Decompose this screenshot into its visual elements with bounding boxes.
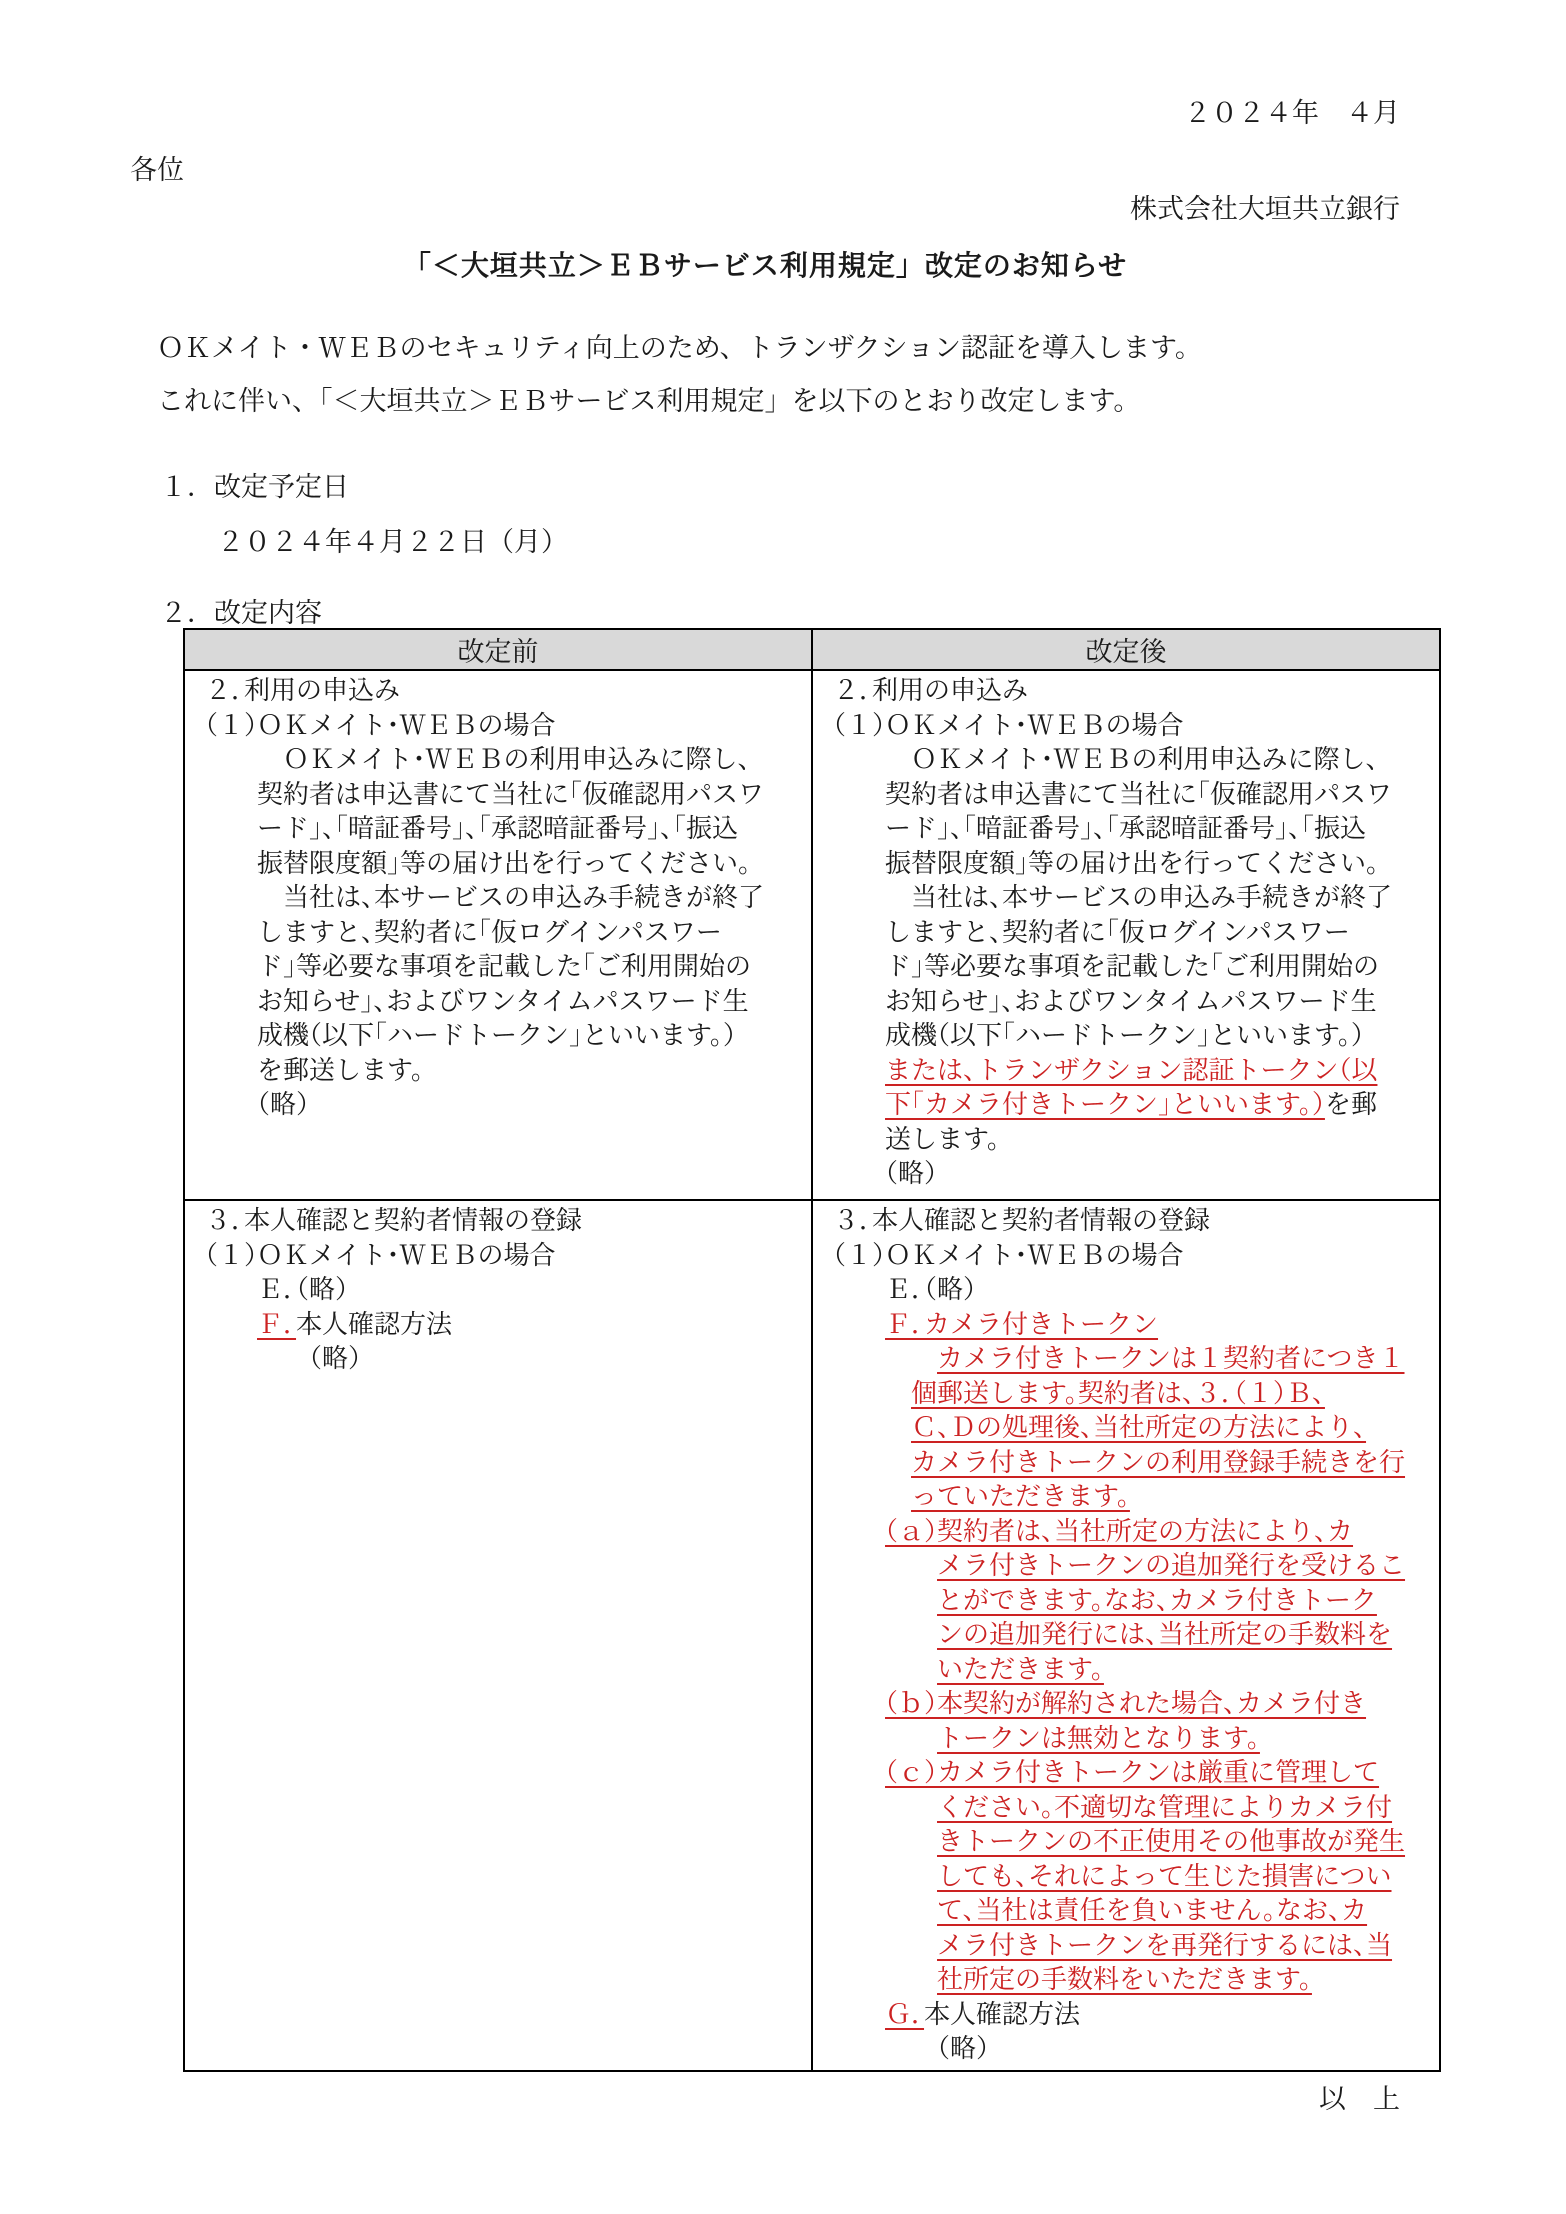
body-text	[833, 1056, 885, 1085]
text-line: トークンは無効となります。	[833, 1722, 1425, 1757]
body-text	[833, 1793, 937, 1822]
text-line: 当社は、本サービスの申込み手続きが終了	[205, 881, 797, 916]
inserted-text: きトークンの不正使用その他事故が発生	[937, 1827, 1405, 1856]
body-text	[833, 1448, 911, 1477]
text-line: ２．利用の申込み	[205, 674, 797, 709]
body-text	[205, 1310, 257, 1339]
text-line: （略）	[205, 1088, 797, 1123]
table-row: ２．利用の申込み（１）ＯＫメイト・ＷＥＢの場合 ＯＫメイト・ＷＥＢの利用申込みに…	[184, 670, 1440, 1200]
text-line: Ｆ．カメラ付きトークン	[833, 1308, 1425, 1343]
body-text: ＯＫメイト・ＷＥＢの利用申込みに際し、	[205, 745, 750, 774]
body-text	[833, 1965, 937, 1994]
inserted-text: メラ付きトークンの追加発行を受けるこ	[937, 1551, 1405, 1580]
body-text: 当社は、本サービスの申込み手続きが終了	[833, 883, 1392, 912]
text-line: Ｅ．（略）	[205, 1273, 797, 1308]
text-line: （略）	[833, 2032, 1425, 2067]
body-text: （１）ＯＫメイト・ＷＥＢの場合	[833, 1241, 1183, 1270]
body-text	[833, 1896, 937, 1925]
body-text: 振替限度額」等の届け出を行ってください。	[833, 849, 1379, 878]
body-text: ド」等必要な事項を記載した「ご利用開始の	[833, 952, 1379, 981]
company-name: 株式会社大垣共立銀行	[130, 196, 1400, 223]
text-line: っていただきます。	[833, 1480, 1425, 1515]
text-line: ード」、「暗証番号」、「承認暗証番号」、「振込	[833, 812, 1425, 847]
text-line: カメラ付きトークンの利用登録手続きを行	[833, 1446, 1425, 1481]
text-line: メラ付きトークンの追加発行を受けるこ	[833, 1549, 1425, 1584]
text-line: 下「カメラ付きトークン」といいます。）を郵	[833, 1088, 1425, 1123]
inserted-text: っていただきます。	[911, 1482, 1130, 1511]
text-line: しますと、契約者に「仮ログインパスワー	[205, 916, 797, 951]
text-line: いただきます。	[833, 1653, 1425, 1688]
text-line: ド」等必要な事項を記載した「ご利用開始の	[833, 950, 1425, 985]
intro-line-2: これに伴い、「＜大垣共立＞ＥＢサービス利用規定」を以下のとおり改定します。	[157, 388, 1400, 415]
section2-heading: ２．改定内容	[160, 600, 1400, 627]
body-text: ード」、「暗証番号」、「承認暗証番号」、「振込	[205, 814, 738, 843]
text-line: 振替限度額」等の届け出を行ってください。	[205, 847, 797, 882]
body-text: ード」、「暗証番号」、「承認暗証番号」、「振込	[833, 814, 1366, 843]
text-line: ３．本人確認と契約者情報の登録	[833, 1204, 1425, 1239]
inserted-text: メラ付きトークンを再発行するには、当	[937, 1931, 1392, 1960]
text-line: 送します。	[833, 1123, 1425, 1158]
body-text: 本人確認方法	[924, 2000, 1080, 2029]
text-line: または、トランザクション認証トークン（以	[833, 1054, 1425, 1089]
revision-comparison-table: 改定前 改定後 ２．利用の申込み（１）ＯＫメイト・ＷＥＢの場合 ＯＫメイト・ＷＥ…	[183, 628, 1441, 2072]
body-text: 本人確認方法	[296, 1310, 452, 1339]
salutation: 各位	[130, 157, 1400, 184]
inserted-text: Ｃ、Ｄの処理後、当社所定の方法により、	[911, 1413, 1366, 1442]
text-line: Ｃ、Ｄの処理後、当社所定の方法により、	[833, 1411, 1425, 1446]
inserted-text: （ａ）契約者は、当社所定の方法により、カ	[885, 1517, 1353, 1546]
text-line: （１）ＯＫメイト・ＷＥＢの場合	[833, 1239, 1425, 1274]
text-line: きトークンの不正使用その他事故が発生	[833, 1825, 1425, 1860]
table-row: ３．本人確認と契約者情報の登録（１）ＯＫメイト・ＷＥＢの場合 Ｅ．（略） Ｆ．本…	[184, 1200, 1440, 2071]
body-text: 契約者は申込書にて当社に「仮確認用パスワ	[205, 780, 764, 809]
body-text: （１）ＯＫメイト・ＷＥＢの場合	[833, 711, 1183, 740]
text-line: 振替限度額」等の届け出を行ってください。	[833, 847, 1425, 882]
body-text: （略）	[205, 1344, 361, 1373]
body-text	[833, 1090, 885, 1119]
text-line: ンの追加発行には、当社所定の手数料を	[833, 1618, 1425, 1653]
body-text: ＯＫメイト・ＷＥＢの利用申込みに際し、	[833, 745, 1378, 774]
cell-after-row1: ２．利用の申込み（１）ＯＫメイト・ＷＥＢの場合 ＯＫメイト・ＷＥＢの利用申込みに…	[812, 670, 1440, 1200]
body-text	[833, 1517, 885, 1546]
body-text	[833, 1586, 937, 1615]
body-text: Ｅ．（略）	[833, 1275, 976, 1304]
intro-line-1: ＯＫメイト・ＷＥＢのセキュリティ向上のため、トランザクション認証を導入します。	[157, 335, 1400, 362]
body-text: ３．本人確認と契約者情報の登録	[205, 1206, 582, 1235]
text-line: （ｂ）本契約が解約された場合、カメラ付き	[833, 1687, 1425, 1722]
body-text	[833, 1689, 885, 1718]
inserted-text: 下「カメラ付きトークン」といいます。）	[885, 1090, 1325, 1119]
cell-before-row1: ２．利用の申込み（１）ＯＫメイト・ＷＥＢの場合 ＯＫメイト・ＷＥＢの利用申込みに…	[184, 670, 812, 1200]
text-line: ＯＫメイト・ＷＥＢの利用申込みに際し、	[205, 743, 797, 778]
body-text: しますと、契約者に「仮ログインパスワー	[205, 918, 722, 947]
text-line: しますと、契約者に「仮ログインパスワー	[833, 916, 1425, 951]
text-line: （１）ＯＫメイト・ＷＥＢの場合	[833, 709, 1425, 744]
text-line: 当社は、本サービスの申込み手続きが終了	[833, 881, 1425, 916]
text-line: 社所定の手数料をいただきます。	[833, 1963, 1425, 1998]
text-line: メラ付きトークンを再発行するには、当	[833, 1929, 1425, 1964]
text-line: ３．本人確認と契約者情報の登録	[205, 1204, 797, 1239]
column-header-after: 改定後	[812, 629, 1440, 670]
body-text	[833, 1310, 885, 1339]
body-text	[833, 1724, 937, 1753]
inserted-text: とができます。なお、カメラ付きトーク	[937, 1586, 1377, 1615]
inserted-text: Ｇ．	[885, 2000, 924, 2029]
body-text: 送します。	[833, 1125, 1000, 1154]
text-line: （１）ＯＫメイト・ＷＥＢの場合	[205, 709, 797, 744]
body-text: しますと、契約者に「仮ログインパスワー	[833, 918, 1350, 947]
body-text	[833, 1931, 937, 1960]
closing: 以 上	[130, 2086, 1400, 2113]
inserted-text: （ｃ）カメラ付きトークンは厳重に管理して	[885, 1758, 1379, 1787]
text-line: お知らせ」、およびワンタイムパスワード生	[833, 985, 1425, 1020]
text-line: を郵送します。	[205, 1054, 797, 1089]
inserted-text: て、当社は責任を負いません。なお、カ	[937, 1896, 1367, 1925]
text-line: （ｃ）カメラ付きトークンは厳重に管理して	[833, 1756, 1425, 1791]
section1-body: ２０２４年４月２２日（月）	[217, 529, 1400, 556]
body-text: お知らせ」、およびワンタイムパスワード生	[833, 987, 1377, 1016]
inserted-text: しても、それによって生じた損害につい	[937, 1862, 1391, 1891]
body-text	[833, 1862, 937, 1891]
body-text	[833, 2000, 885, 2029]
body-text	[833, 1620, 937, 1649]
body-text	[833, 1655, 937, 1684]
inserted-text: Ｆ．カメラ付きトークン	[885, 1310, 1158, 1339]
body-text: を郵送します。	[205, 1056, 424, 1085]
column-header-before: 改定前	[184, 629, 812, 670]
body-text: ３．本人確認と契約者情報の登録	[833, 1206, 1210, 1235]
text-line: ド」等必要な事項を記載した「ご利用開始の	[205, 950, 797, 985]
section1-heading: １．改定予定日	[160, 474, 1400, 501]
text-line: 個郵送します。契約者は、３．（１）Ｂ、	[833, 1377, 1425, 1412]
text-line: ください。不適切な管理によりカメラ付	[833, 1791, 1425, 1826]
body-text	[833, 1482, 911, 1511]
text-line: （略）	[205, 1342, 797, 1377]
cell-before-row2: ３．本人確認と契約者情報の登録（１）ＯＫメイト・ＷＥＢの場合 Ｅ．（略） Ｆ．本…	[184, 1200, 812, 2071]
body-text: 振替限度額」等の届け出を行ってください。	[205, 849, 751, 878]
text-line: （略）	[833, 1157, 1425, 1192]
inserted-text: ください。不適切な管理によりカメラ付	[937, 1793, 1392, 1822]
body-text: お知らせ」、およびワンタイムパスワード生	[205, 987, 749, 1016]
text-line: （１）ＯＫメイト・ＷＥＢの場合	[205, 1239, 797, 1274]
text-line: ード」、「暗証番号」、「承認暗証番号」、「振込	[205, 812, 797, 847]
text-line: お知らせ」、およびワンタイムパスワード生	[205, 985, 797, 1020]
inserted-text: （ｂ）本契約が解約された場合、カメラ付き	[885, 1689, 1366, 1718]
body-text: 成機（以下「ハードトークン」といいます。）	[205, 1021, 736, 1050]
inserted-text: ンの追加発行には、当社所定の手数料を	[937, 1620, 1392, 1649]
body-text	[833, 1379, 911, 1408]
text-line: 契約者は申込書にて当社に「仮確認用パスワ	[833, 778, 1425, 813]
text-line: しても、それによって生じた損害につい	[833, 1860, 1425, 1895]
body-text: ド」等必要な事項を記載した「ご利用開始の	[205, 952, 751, 981]
inserted-text: いただきます。	[937, 1655, 1104, 1684]
inserted-text: または、トランザクション認証トークン（以	[885, 1056, 1377, 1085]
body-text	[833, 1551, 937, 1580]
document-page: ２０２４年 ４月 各位 株式会社大垣共立銀行 「＜大垣共立＞ＥＢサービス利用規定…	[0, 0, 1566, 2214]
table-body: ２．利用の申込み（１）ＯＫメイト・ＷＥＢの場合 ＯＫメイト・ＷＥＢの利用申込みに…	[184, 670, 1440, 2071]
body-text	[833, 1758, 885, 1787]
body-text: 契約者は申込書にて当社に「仮確認用パスワ	[833, 780, 1392, 809]
text-line: カメラ付きトークンは１契約者につき１	[833, 1342, 1425, 1377]
doc-date: ２０２４年 ４月	[130, 100, 1400, 127]
inserted-text: カメラ付きトークンの利用登録手続きを行	[911, 1448, 1405, 1477]
table-header-row: 改定前 改定後	[184, 629, 1440, 670]
body-text	[833, 1344, 937, 1373]
body-text: を郵	[1325, 1090, 1377, 1119]
body-text: Ｅ．（略）	[205, 1275, 348, 1304]
text-line: て、当社は責任を負いません。なお、カ	[833, 1894, 1425, 1929]
inserted-text: 個郵送します。契約者は、３．（１）Ｂ、	[911, 1379, 1325, 1408]
text-line: Ｆ．本人確認方法	[205, 1308, 797, 1343]
inserted-text: 社所定の手数料をいただきます。	[937, 1965, 1312, 1994]
inserted-text: Ｆ．	[257, 1310, 296, 1339]
text-line: Ｇ．本人確認方法	[833, 1998, 1425, 2033]
body-text: ２．利用の申込み	[833, 676, 1028, 705]
text-line: 成機（以下「ハードトークン」といいます。）	[205, 1019, 797, 1054]
inserted-text: カメラ付きトークンは１契約者につき１	[937, 1344, 1404, 1373]
inserted-text: トークンは無効となります。	[937, 1724, 1260, 1753]
body-text: ２．利用の申込み	[205, 676, 400, 705]
cell-after-row2: ３．本人確認と契約者情報の登録（１）ＯＫメイト・ＷＥＢの場合 Ｅ．（略） Ｆ．カ…	[812, 1200, 1440, 2071]
body-text: （略）	[205, 1090, 309, 1119]
text-line: とができます。なお、カメラ付きトーク	[833, 1584, 1425, 1619]
text-line: Ｅ．（略）	[833, 1273, 1425, 1308]
body-text: （略）	[833, 2034, 989, 2063]
text-line: 契約者は申込書にて当社に「仮確認用パスワ	[205, 778, 797, 813]
text-line: ＯＫメイト・ＷＥＢの利用申込みに際し、	[833, 743, 1425, 778]
doc-title: 「＜大垣共立＞ＥＢサービス利用規定」改定のお知らせ	[130, 251, 1400, 281]
text-line: （ａ）契約者は、当社所定の方法により、カ	[833, 1515, 1425, 1550]
body-text	[833, 1413, 911, 1442]
text-line: ２．利用の申込み	[833, 674, 1425, 709]
body-text: （１）ＯＫメイト・ＷＥＢの場合	[205, 711, 555, 740]
body-text: 成機（以下「ハードトークン」といいます。）	[833, 1021, 1364, 1050]
body-text	[833, 1827, 937, 1856]
text-line: 成機（以下「ハードトークン」といいます。）	[833, 1019, 1425, 1054]
body-text: （略）	[833, 1159, 937, 1188]
body-text: 当社は、本サービスの申込み手続きが終了	[205, 883, 764, 912]
body-text: （１）ＯＫメイト・ＷＥＢの場合	[205, 1241, 555, 1270]
